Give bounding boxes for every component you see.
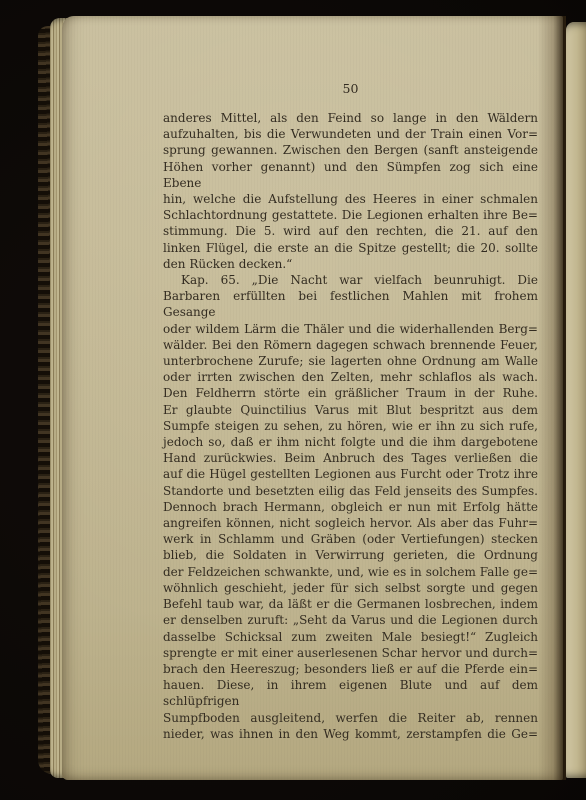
text-line: stimmung. Die 5. wird auf den rechten, d… bbox=[163, 223, 538, 239]
text-line: Barbaren erfüllten bei festlichen Mahlen… bbox=[163, 288, 538, 320]
text-line: brach den Heereszug; besonders ließ er a… bbox=[163, 661, 538, 677]
text-line: sprengte er mit einer auserlesenen Schar… bbox=[163, 645, 538, 661]
text-line: Sumpfboden ausgleitend, werfen die Reite… bbox=[163, 710, 538, 726]
text-line: nieder, was ihnen in den Weg kommt, zers… bbox=[163, 726, 538, 742]
photo-background: 50 anderes Mittel, als den Feind so lang… bbox=[0, 0, 586, 800]
text-line: aufzuhalten, bis die Verwundeten und der… bbox=[163, 126, 538, 142]
text-line: linken Flügel, die erste an die Spitze g… bbox=[163, 240, 538, 256]
text-line: Höhen vorher genannt) und den Sümpfen zo… bbox=[163, 159, 538, 191]
text-line: Standorte und besetzten eilig das Feld j… bbox=[163, 483, 538, 499]
text-line: Dennoch brach Hermann, obgleich er nun m… bbox=[163, 499, 538, 515]
text-line: er denselben zuruft: „Seht da Varus und … bbox=[163, 612, 538, 628]
text-line: unterbrochene Zurufe; sie lagerten ohne … bbox=[163, 353, 538, 369]
facing-page-sliver bbox=[566, 22, 586, 778]
text-line: den Rücken decken.“ bbox=[163, 256, 538, 272]
text-line: Den Feldherrn störte ein gräßlicher Trau… bbox=[163, 385, 538, 401]
text-line: Hand zurückwies. Beim Anbruch des Tages … bbox=[163, 450, 538, 466]
book-page: 50 anderes Mittel, als den Feind so lang… bbox=[62, 16, 563, 780]
text-line: angreifen können, nicht sogleich hervor.… bbox=[163, 515, 538, 531]
text-line: blieb, die Soldaten in Verwirrung geriet… bbox=[163, 547, 538, 563]
page-number: 50 bbox=[163, 80, 538, 97]
text-line: anderes Mittel, als den Feind so lange i… bbox=[163, 110, 538, 126]
text-line: hauen. Diese, in ihrem eigenen Blute und… bbox=[163, 677, 538, 709]
book-gutter-shadow bbox=[538, 16, 566, 780]
text-line: oder irrten zwischen den Zelten, mehr sc… bbox=[163, 369, 538, 385]
text-line: Kap. 65. „Die Nacht war vielfach beunruh… bbox=[163, 272, 538, 288]
text-line: sprung gewannen. Zwischen den Bergen (sa… bbox=[163, 142, 538, 158]
text-line: werk in Schlamm und Gräben (oder Vertief… bbox=[163, 531, 538, 547]
text-line: wöhnlich geschieht, jeder für sich selbs… bbox=[163, 580, 538, 596]
text-line: Er glaubte Quinctilius Varus mit Blut be… bbox=[163, 402, 538, 418]
text-line: Schlachtordnung gestattete. Die Legionen… bbox=[163, 207, 538, 223]
text-line: oder wildem Lärm die Thäler und die wide… bbox=[163, 321, 538, 337]
text-line: auf die Hügel gestellten Legionen aus Fu… bbox=[163, 466, 538, 482]
text-line: hin, welche die Aufstellung des Heeres i… bbox=[163, 191, 538, 207]
text-line: wälder. Bei den Römern dagegen schwach b… bbox=[163, 337, 538, 353]
text-line: Sumpfe steigen zu sehen, zu hören, wie e… bbox=[163, 418, 538, 434]
text-line: der Feldzeichen schwankte, und, wie es i… bbox=[163, 564, 538, 580]
text-line: dasselbe Schicksal zum zweiten Male besi… bbox=[163, 629, 538, 645]
page-text: anderes Mittel, als den Feind so lange i… bbox=[163, 110, 538, 742]
text-line: jedoch so, daß er ihm nicht folgte und d… bbox=[163, 434, 538, 450]
text-line: Befehl taub war, da läßt er die Germanen… bbox=[163, 596, 538, 612]
